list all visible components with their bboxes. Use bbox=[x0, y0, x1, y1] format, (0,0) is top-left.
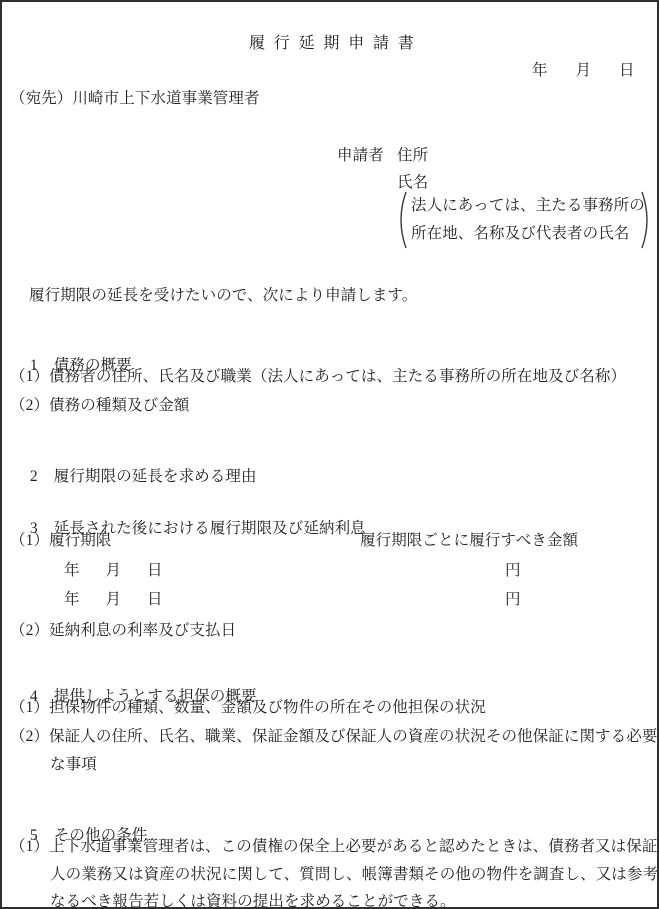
deadline-date-row-1: 年 月 日 bbox=[64, 562, 163, 580]
date-day-label: 日 bbox=[147, 562, 163, 580]
date-day-label: 日 bbox=[619, 62, 635, 80]
date-day-label: 日 bbox=[147, 591, 163, 609]
deadline-date-row-2: 年 月 日 bbox=[64, 591, 163, 609]
section2-title: 履行期限の延長を求める理由 bbox=[54, 468, 257, 486]
section3-amount-header: 履行期限ごとに履行すべき金額 bbox=[360, 532, 578, 550]
date-month-label: 月 bbox=[106, 562, 122, 580]
date-line: 年 月 日 bbox=[532, 62, 635, 80]
document-title: 履行延期申請書 bbox=[249, 35, 423, 53]
applicant-label: 申請者 bbox=[337, 147, 384, 165]
section4-item1: （1）担保物件の種類、数量、金額及び物件の所在その他担保の状況 bbox=[10, 699, 486, 717]
section3-item2: （2）延納利息の利率及び支払日 bbox=[10, 622, 236, 640]
section1-item2: （2）債務の種類及び金額 bbox=[10, 397, 189, 415]
date-year-label: 年 bbox=[532, 62, 548, 80]
corporate-note-line2: 所在地、名称及び代表者の氏名 bbox=[411, 225, 629, 243]
yen-label-2: 円 bbox=[505, 591, 521, 609]
section3-item1: （1）履行期限 bbox=[10, 532, 111, 550]
addressee-line: （宛先）川崎市上下水道事業管理者 bbox=[10, 90, 260, 108]
corporate-note-line1: 法人にあっては、主たる事務所の bbox=[411, 197, 645, 215]
corporate-note-left-paren-icon bbox=[395, 191, 407, 249]
date-year-label: 年 bbox=[64, 591, 80, 609]
date-month-label: 月 bbox=[106, 591, 122, 609]
application-form-page: 履行延期申請書 年 月 日 （宛先）川崎市上下水道事業管理者 申請者 住所 氏名… bbox=[0, 0, 659, 909]
section2-heading: 2履行期限の延長を求める理由 bbox=[14, 450, 257, 503]
date-month-label: 月 bbox=[576, 62, 592, 80]
section2-number: 2 bbox=[30, 468, 38, 486]
applicant-address-label: 住所 bbox=[397, 147, 428, 165]
corporate-note-right-paren-icon bbox=[641, 191, 653, 249]
section5-item1-line1: （1）上下水道事業管理者は、この債権の保全上必要があると認めたときは、債務者又は… bbox=[10, 838, 657, 856]
yen-label-1: 円 bbox=[505, 562, 521, 580]
section4-item2-line1: （2）保証人の住所、氏名、職業、保証金額及び保証人の資産の状況その他保証に関する… bbox=[10, 728, 657, 746]
section1-item1: （1）債務者の住所、氏名及び職業（法人にあっては、主たる事務所の所在地及び名称） bbox=[10, 368, 626, 386]
section5-item1-line3: なるべき報告若しくは資料の提出を求めることができる。 bbox=[50, 893, 456, 909]
intro-sentence: 履行期限の延長を受けたいので、次により申請します。 bbox=[29, 287, 417, 305]
section4-item2-line2: な事項 bbox=[50, 756, 97, 774]
applicant-name-label: 氏名 bbox=[397, 174, 428, 192]
date-year-label: 年 bbox=[64, 562, 80, 580]
section5-item1-line2: 人の業務又は資産の状況に関して、質問し、帳簿書類その他の物件を調査し、又は参考と bbox=[50, 866, 659, 884]
